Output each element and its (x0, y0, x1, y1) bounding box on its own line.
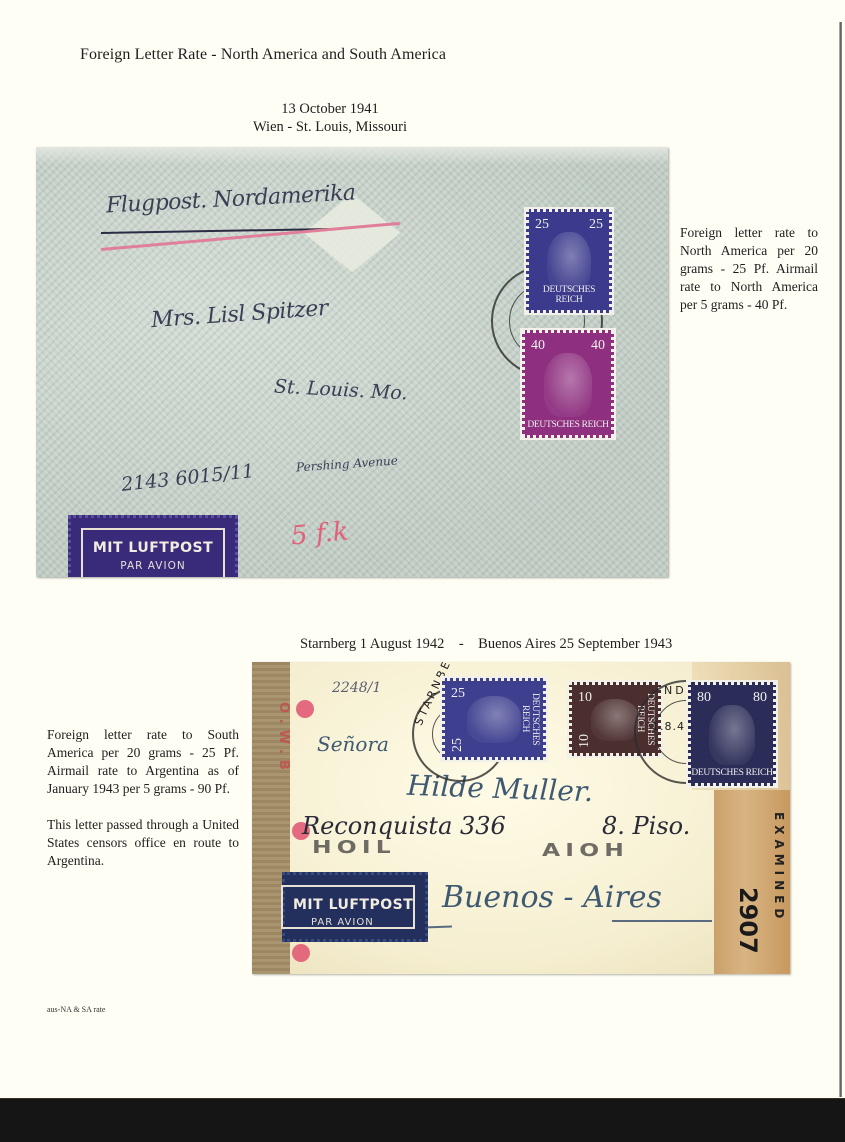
airmail-label-line2: PAR AVION (71, 560, 235, 572)
portrait-icon (591, 699, 639, 741)
cover2-caption: Starnberg 1 August 1942 - Buenos Aires 2… (300, 635, 740, 653)
scanner-background (0, 1098, 845, 1142)
stamp-inscription: DEUTSCHES REICH (529, 285, 609, 305)
censor-tape-text: O.W.B (276, 702, 291, 776)
censor-examined-text: EXAMINED (772, 812, 786, 923)
stamp-value: 10 (577, 734, 593, 748)
addressee-name: Mrs. Lisl Spitzer (150, 296, 328, 333)
printed-marking: HOIL (312, 837, 396, 858)
stamp-value: 25 (535, 217, 549, 233)
stamp-value: 25 (451, 686, 465, 702)
cover1-rate-text: Foreign letter rate to North America per… (680, 224, 818, 314)
city-underline (612, 920, 712, 922)
salutation: Señora (317, 732, 389, 756)
censor-number: 2907 (734, 887, 762, 954)
portrait-icon (709, 705, 755, 766)
addressee-city: St. Louis. Mo. (274, 376, 408, 405)
red-seal (296, 700, 314, 718)
portrait-icon (467, 696, 522, 743)
postmark-text: ND (664, 684, 687, 697)
stamp-80pf: 80 80 DEUTSCHES REICH (688, 682, 776, 786)
reference-number: 2248/1 (332, 680, 381, 696)
addressee-floor: 8. Piso. (602, 812, 690, 840)
stamp-value: 80 (697, 690, 711, 706)
stamp-inscription: DEUTSCHES REICH (520, 681, 540, 757)
cover1-route: Wien - St. Louis, Missouri (200, 118, 460, 136)
cover2-censor-text: This letter passed through a United Stat… (47, 816, 239, 870)
cover1-date: 13 October 1941 (200, 100, 460, 118)
airmail-label-line2: PAR AVION (285, 917, 425, 928)
printed-marking: AIOH (542, 840, 629, 861)
stamp-value: 25 (589, 217, 603, 233)
airmail-label-line1: MIT LUFTPOST (71, 540, 235, 556)
portrait-icon (547, 232, 592, 293)
red-crayon-marking: 5 f.k (290, 517, 350, 552)
stamp-value: 25 (450, 738, 466, 752)
airmail-label: MIT LUFTPOST PAR AVION (282, 872, 428, 942)
stamp-inscription: DEUTSCHES REICH (691, 768, 773, 778)
stamp-value: 80 (753, 690, 767, 706)
airmail-label-line1: MIT LUFTPOST (285, 897, 425, 913)
cover1-caption: 13 October 1941 Wien - St. Louis, Missou… (200, 100, 460, 136)
cover1-envelope: Flugpost. Nordamerika Mrs. Lisl Spitzer … (36, 147, 668, 577)
postmark-date: 1.8.4 (652, 720, 685, 733)
cover2-envelope: 2907 EXAMINED O.W.B 2248/1 Señora Hilde … (252, 662, 790, 974)
envelope-flap (36, 147, 668, 165)
cover2-rate-text: Foreign letter rate to South America per… (47, 726, 239, 798)
stamp-40pf: 40 40 DEUTSCHES REICH (522, 330, 614, 438)
page-title: Foreign Letter Rate - North America and … (80, 46, 446, 64)
stamp-25pf: 25 25 DEUTSCHES REICH (526, 209, 612, 313)
stamp-inscription: DEUTSCHES REICH (525, 420, 611, 430)
airmail-label: MIT LUFTPOST PAR AVION (68, 515, 238, 577)
addressee-street: Reconquista 336 (302, 812, 506, 840)
routing-inscription: Flugpost. Nordamerika (106, 180, 357, 218)
cover2-description: Foreign letter rate to South America per… (47, 726, 239, 870)
page-edge (839, 22, 842, 1097)
red-seal (292, 944, 310, 962)
stamp-value: 40 (591, 338, 605, 354)
addressee-number: 2143 6015/11 (120, 460, 255, 496)
stamp-value: 40 (531, 338, 545, 354)
addressee-street: Pershing Avenue (296, 453, 399, 474)
addressee-city: Buenos - Aires (442, 880, 662, 915)
cover1-description: Foreign letter rate to North America per… (680, 224, 818, 314)
stamp-value: 10 (578, 690, 592, 706)
stamp-25pf: 25 25 DEUTSCHES REICH (442, 678, 546, 760)
portrait-icon (544, 353, 592, 416)
page-footer-label: aus-NA & SA rate (47, 1005, 105, 1014)
